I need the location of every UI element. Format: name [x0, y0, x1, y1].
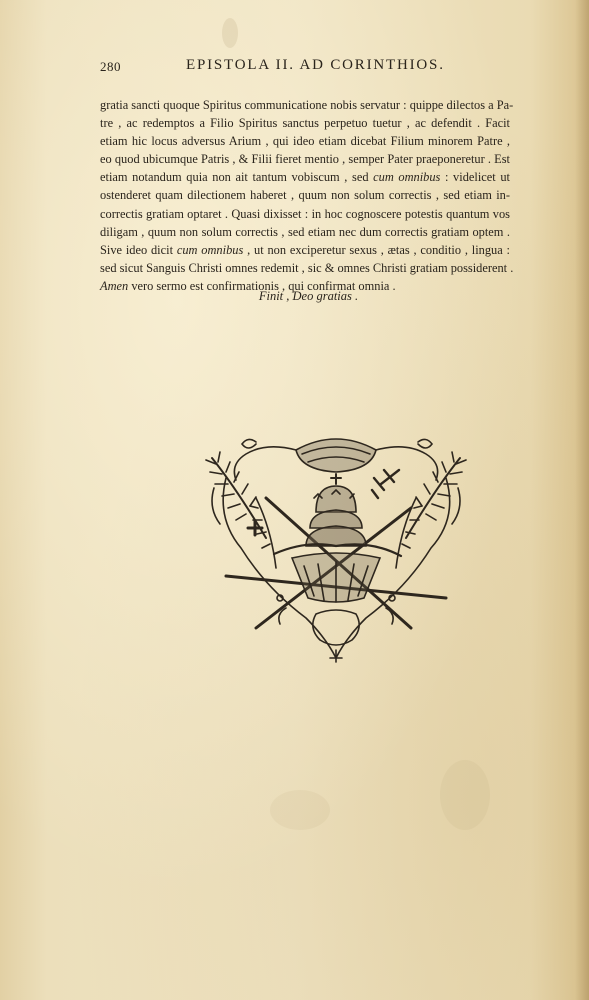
- text-segment: , ut non exciperetur sexus , ætas , cond…: [243, 243, 510, 257]
- text-line: gratia sancti quoque Spiritus communicat…: [100, 96, 510, 114]
- text-line: eo quod ubicumque Patris , & Filii fiere…: [100, 150, 510, 168]
- body-text: gratia sancti quoque Spiritus communicat…: [100, 96, 510, 295]
- book-page: 280 EPISTOLA II. AD CORINTHIOS. gratia s…: [0, 0, 589, 1000]
- text-line: ostenderet quam dilectionem haberet , qu…: [100, 186, 510, 204]
- paper-stain: [222, 18, 238, 48]
- text-line: diligam , quum non solum correctis , sed…: [100, 223, 510, 241]
- text-segment: Sive ideo dicit: [100, 243, 177, 257]
- tailpiece-vignette-icon: [196, 428, 476, 664]
- paper-stain: [270, 790, 330, 830]
- italic-phrase: cum omnibus: [373, 170, 440, 184]
- page-gutter-shadow: [575, 0, 589, 1000]
- page-header: 280 EPISTOLA II. AD CORINTHIOS.: [100, 57, 500, 77]
- text-segment: etiam notandum quia non ait tantum vobis…: [100, 170, 373, 184]
- text-line: Sive ideo dicit cum omnibus , ut non exc…: [100, 241, 510, 259]
- paper-stain: [440, 760, 490, 830]
- text-line: etiam notandum quia non ait tantum vobis…: [100, 168, 510, 186]
- text-segment: : videlicet ut: [440, 170, 510, 184]
- text-line: tre , ac redemptos a Filio Spiritus sanc…: [100, 114, 510, 132]
- text-line: sed sicut Sanguis Christi omnes redemit …: [100, 259, 510, 277]
- colophon: Finit , Deo gratias .: [0, 289, 589, 304]
- page-number: 280: [100, 59, 121, 75]
- running-title: EPISTOLA II. AD CORINTHIOS.: [186, 57, 445, 74]
- text-line: etiam hic locus adversus Arium , qui ide…: [100, 132, 510, 150]
- text-line: correctis gratiam optaret . Quasi dixiss…: [100, 205, 510, 223]
- italic-phrase: cum omnibus: [177, 243, 243, 257]
